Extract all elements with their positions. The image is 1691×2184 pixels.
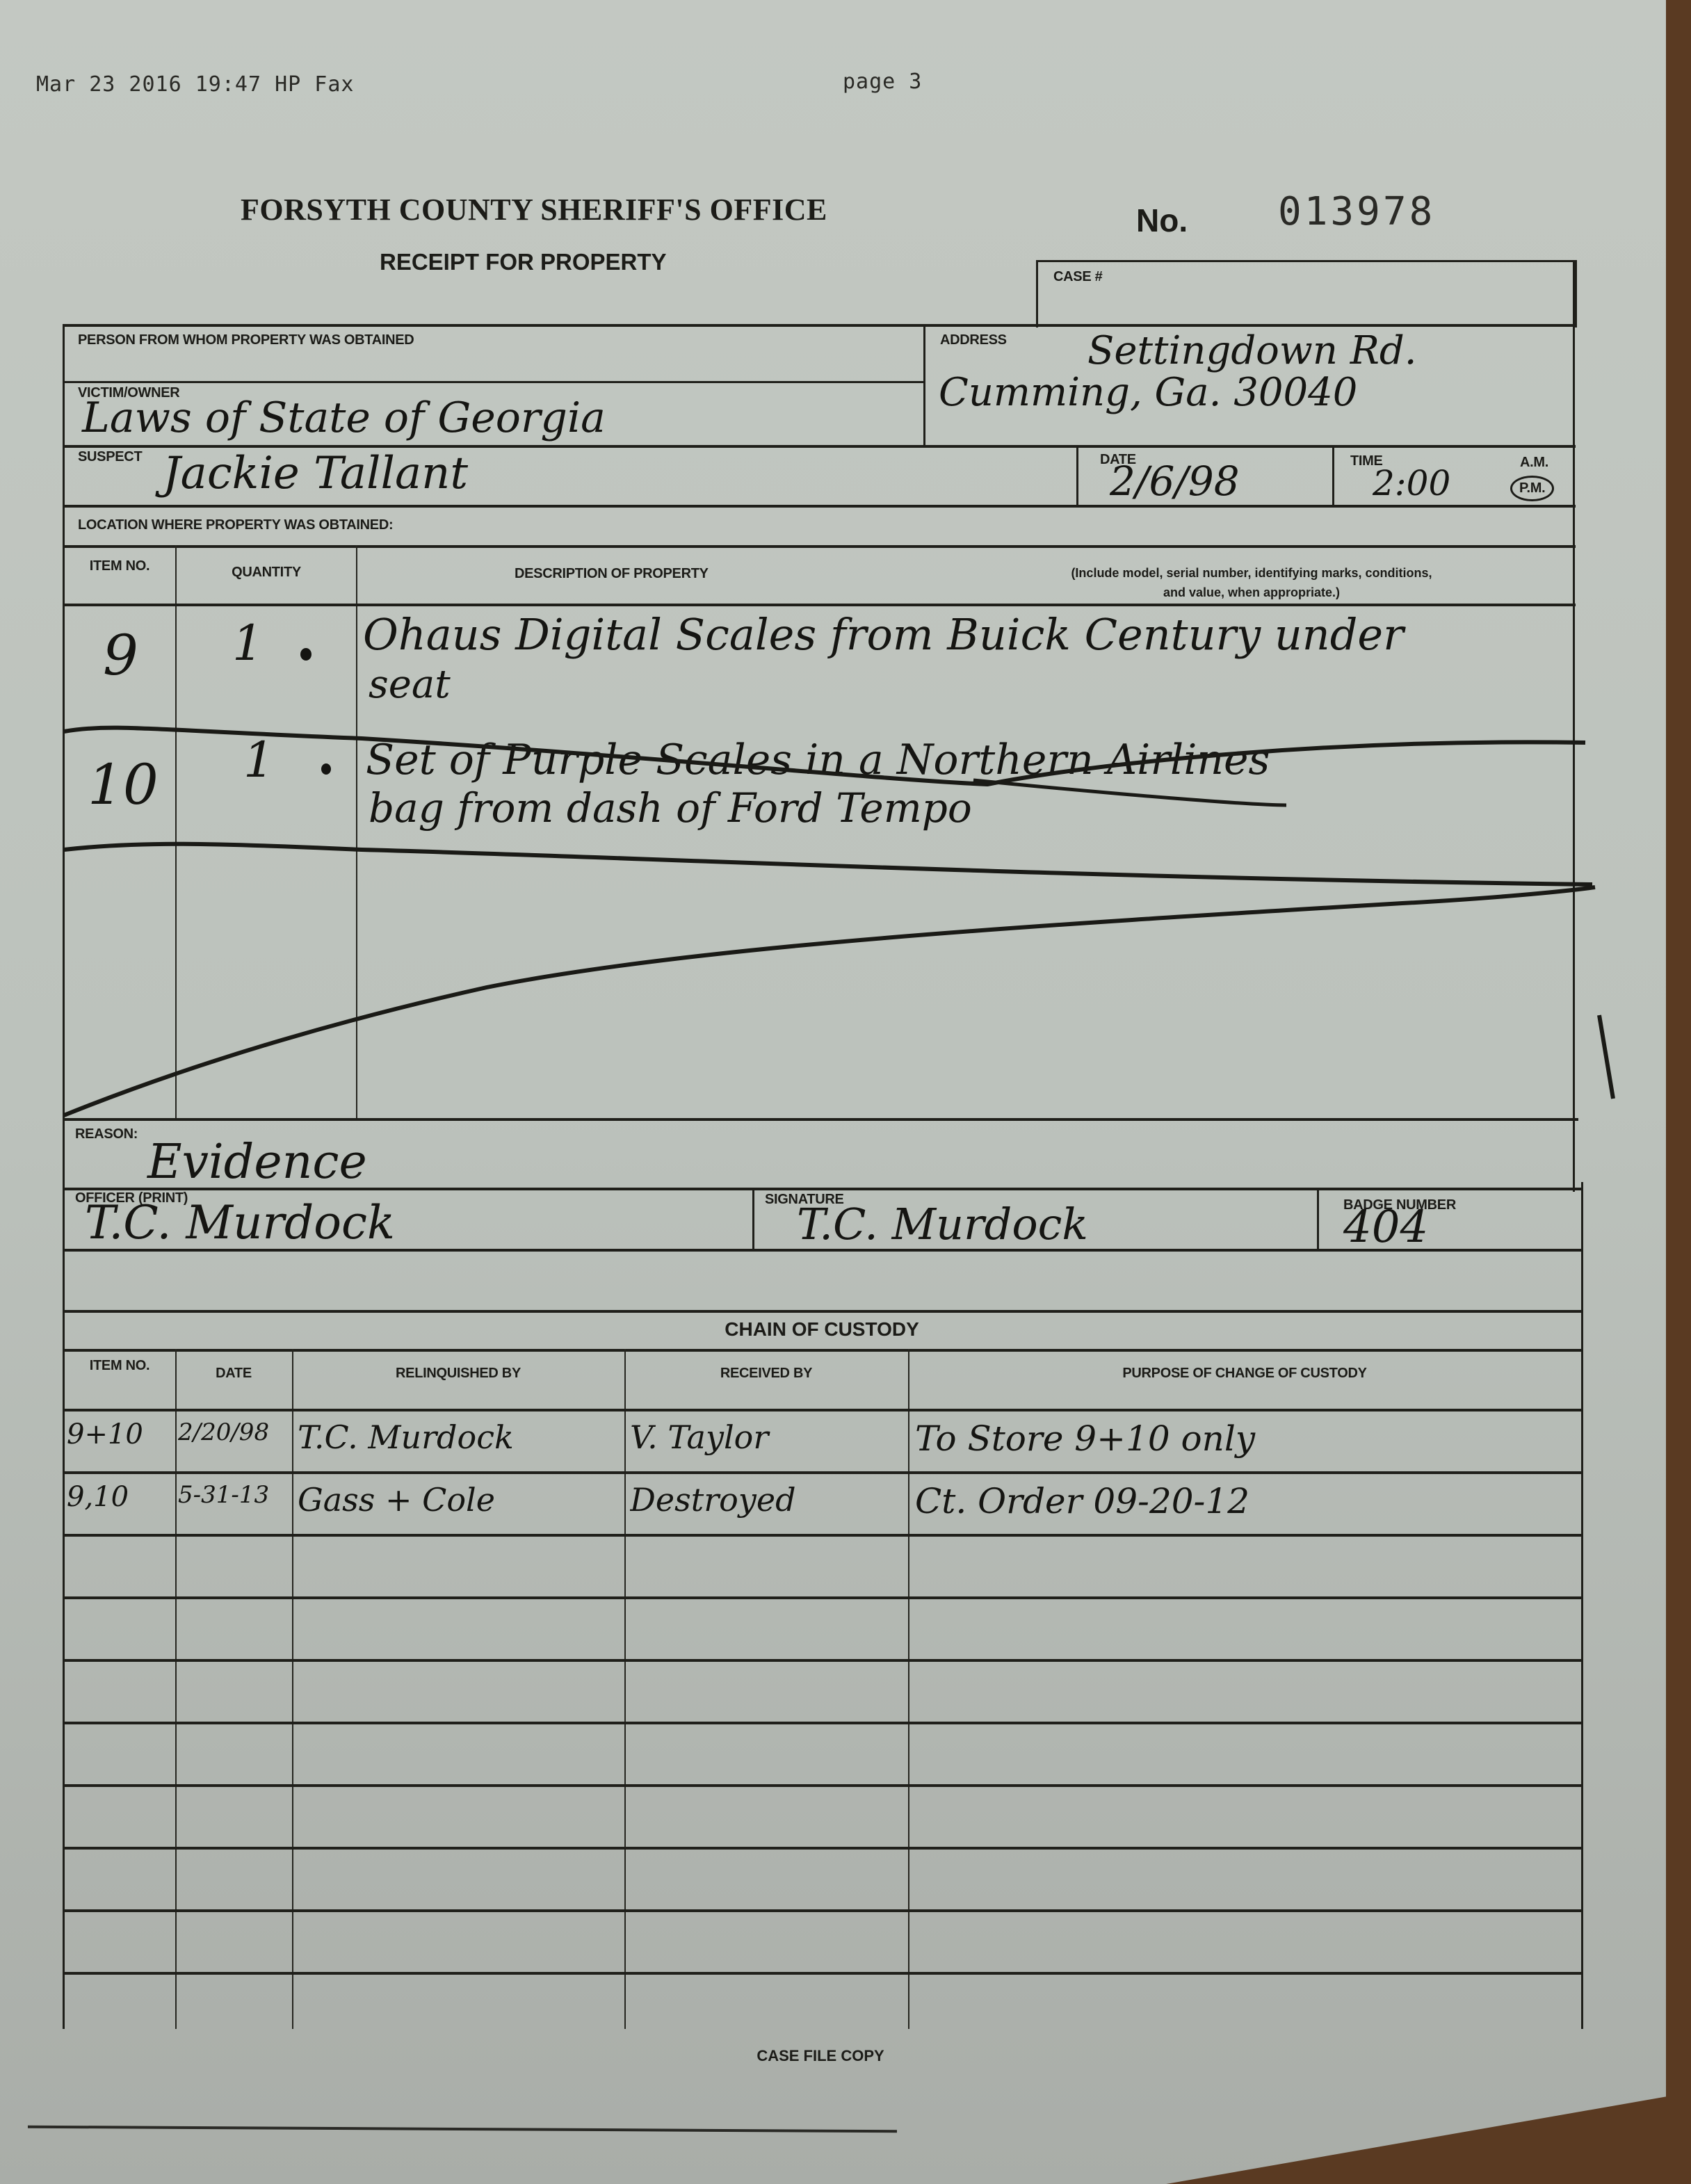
custody-row[interactable] bbox=[0, 1659, 1666, 1722]
property-quantity: 1 bbox=[232, 615, 264, 672]
quantity-dot bbox=[300, 648, 311, 661]
officer-print-field[interactable]: OFFICER (PRINT) T.C. Murdock bbox=[65, 1190, 751, 1246]
receipt-number: 013978 bbox=[1278, 189, 1435, 234]
property-header-note-line1: (Include model, serial number, identifyi… bbox=[1001, 563, 1502, 583]
property-row[interactable]: 10 1 Set of Purple Scales in a Northern … bbox=[65, 731, 1571, 850]
property-header-item-no: ITEM NO. bbox=[65, 556, 174, 576]
custody-row[interactable] bbox=[0, 1534, 1666, 1596]
victim-owner-field[interactable]: VICTIM/OWNER Laws of State of Georgia bbox=[65, 384, 923, 445]
custody-row[interactable] bbox=[0, 1909, 1666, 1972]
custody-row[interactable] bbox=[0, 1722, 1666, 1784]
am-option[interactable]: A.M. bbox=[1520, 455, 1548, 471]
property-description-line2: bag from dash of Ford Tempo bbox=[369, 784, 972, 832]
custody-row[interactable] bbox=[0, 1596, 1666, 1659]
custody-header-relinquished-by: RELINQUISHED BY bbox=[293, 1366, 623, 1382]
suspect-value: Jackie Tallant bbox=[163, 448, 468, 499]
chain-of-custody-title: CHAIN OF CUSTODY bbox=[63, 1318, 1581, 1341]
custody-row[interactable] bbox=[0, 1847, 1666, 1909]
property-quantity: 1 bbox=[243, 731, 275, 788]
address-line2: Cumming, Ga. 30040 bbox=[939, 370, 1357, 415]
custody-header-date: DATE bbox=[177, 1366, 291, 1382]
property-item-no: 10 bbox=[88, 752, 159, 817]
location-field[interactable]: LOCATION WHERE PROPERTY WAS OBTAINED: bbox=[65, 508, 1571, 545]
property-header-note: (Include model, serial number, identifyi… bbox=[1001, 563, 1502, 602]
case-number-label: CASE # bbox=[1053, 269, 1102, 285]
custody-received-by: V. Taylor bbox=[630, 1418, 905, 1456]
property-description-line2: seat bbox=[369, 662, 451, 707]
case-file-copy-label: CASE FILE COPY bbox=[626, 2047, 1015, 2065]
custody-date: 2/20/98 bbox=[178, 1418, 291, 1446]
reason-field[interactable]: REASON: Evidence bbox=[65, 1121, 1578, 1188]
property-item-no: 9 bbox=[103, 623, 138, 688]
fax-page-number: page 3 bbox=[843, 70, 922, 94]
form-title: RECEIPT FOR PROPERTY bbox=[380, 249, 667, 275]
property-description-line1: Ohaus Digital Scales from Buick Century … bbox=[363, 609, 1404, 660]
signature-field[interactable]: SIGNATURE T.C. Murdock bbox=[755, 1190, 1316, 1246]
address-label: ADDRESS bbox=[940, 332, 1007, 348]
form-paper: Mar 23 2016 19:47 HP Fax page 3 FORSYTH … bbox=[0, 0, 1666, 2184]
date-field[interactable]: DATE 2/6/98 bbox=[1079, 448, 1331, 502]
custody-header-purpose: PURPOSE OF CHANGE OF CUSTODY bbox=[909, 1366, 1580, 1382]
date-value: 2/6/98 bbox=[1110, 458, 1240, 505]
agency-title: FORSYTH COUNTY SHERIFF'S OFFICE bbox=[241, 192, 827, 227]
pm-option-circled[interactable]: P.M. bbox=[1510, 476, 1554, 501]
address-line1: Settingdown Rd. bbox=[1087, 328, 1417, 373]
custody-header-received-by: RECEIVED BY bbox=[626, 1366, 907, 1382]
victim-owner-value: Laws of State of Georgia bbox=[82, 394, 606, 442]
custody-purpose: Ct. Order 09-20-12 bbox=[915, 1481, 1576, 1521]
address-field[interactable]: ADDRESS Settingdown Rd. Cumming, Ga. 300… bbox=[928, 327, 1571, 445]
custody-row[interactable]: 9+102/20/98T.C. MurdockV. TaylorTo Store… bbox=[0, 1409, 1666, 1471]
custody-item-no: 9,10 bbox=[67, 1481, 174, 1513]
reason-value: Evidence bbox=[147, 1135, 367, 1190]
custody-relinquished-by: Gass + Cole bbox=[298, 1481, 622, 1519]
custody-date: 5-31-13 bbox=[178, 1481, 291, 1509]
property-header-note-line2: and value, when appropriate.) bbox=[1001, 583, 1502, 602]
signature-value: T.C. Murdock bbox=[797, 1199, 1088, 1249]
custody-received-by: Destroyed bbox=[630, 1481, 905, 1519]
reason-label: REASON: bbox=[75, 1126, 138, 1142]
custody-relinquished-by: T.C. Murdock bbox=[298, 1418, 622, 1456]
badge-number-field[interactable]: BADGE NUMBER 404 bbox=[1320, 1190, 1577, 1246]
custody-row[interactable]: 9,105-31-13Gass + ColeDestroyedCt. Order… bbox=[0, 1471, 1666, 1534]
suspect-field[interactable]: SUSPECT Jackie Tallant bbox=[65, 448, 1075, 502]
fax-timestamp: Mar 23 2016 19:47 HP Fax bbox=[36, 72, 354, 97]
badge-number-value: 404 bbox=[1343, 1202, 1428, 1253]
time-field[interactable]: TIME 2:00 A.M. P.M. bbox=[1335, 448, 1571, 502]
custody-item-no: 9+10 bbox=[67, 1418, 174, 1450]
custody-header-item-no: ITEM NO. bbox=[65, 1356, 174, 1375]
person-obtained-field[interactable]: PERSON FROM WHOM PROPERTY WAS OBTAINED bbox=[65, 327, 923, 381]
property-row[interactable]: 9 1 Ohaus Digital Scales from Buick Cent… bbox=[65, 606, 1571, 725]
person-obtained-label: PERSON FROM WHOM PROPERTY WAS OBTAINED bbox=[78, 332, 414, 348]
property-header-description: DESCRIPTION OF PROPERTY bbox=[515, 566, 709, 582]
custody-row[interactable] bbox=[0, 1784, 1666, 1847]
property-header-quantity: QUANTITY bbox=[178, 565, 355, 581]
suspect-label: SUSPECT bbox=[78, 449, 142, 465]
time-value: 2:00 bbox=[1373, 463, 1450, 503]
quantity-dot bbox=[321, 763, 331, 775]
property-description-line1: Set of Purple Scales in a Northern Airli… bbox=[366, 736, 1270, 784]
custody-purpose: To Store 9+10 only bbox=[915, 1418, 1576, 1459]
bottom-rule bbox=[28, 2126, 897, 2133]
receipt-number-label: No. bbox=[1136, 202, 1188, 239]
case-number-field[interactable]: CASE # bbox=[1036, 260, 1577, 327]
location-label: LOCATION WHERE PROPERTY WAS OBTAINED: bbox=[78, 517, 393, 533]
officer-print-value: T.C. Murdock bbox=[85, 1196, 395, 1249]
